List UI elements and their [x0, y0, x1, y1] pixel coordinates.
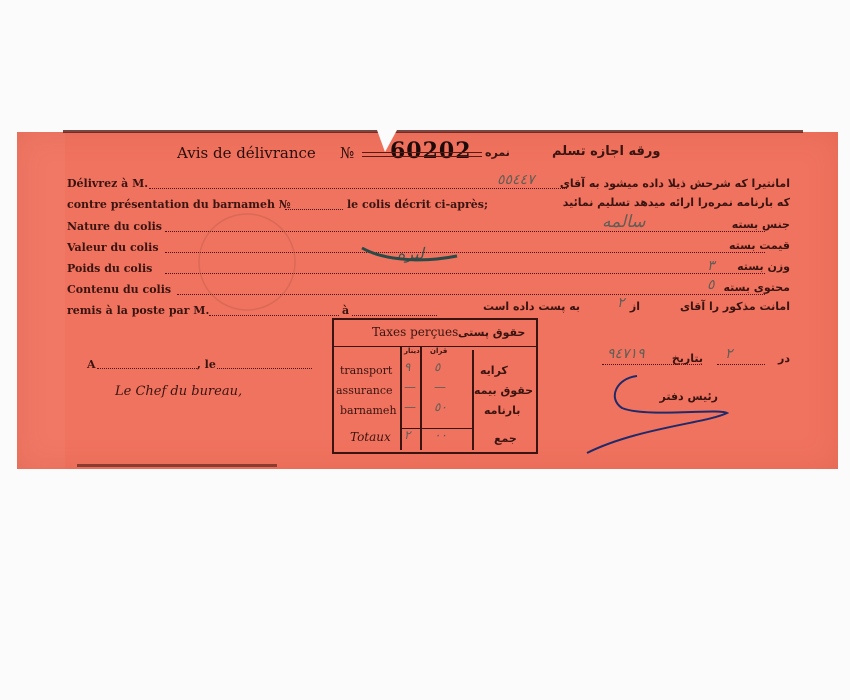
- handwritten-date: ٩٤٧١٩: [607, 346, 645, 362]
- delivery-notice-form: Avis de délivrance № 60202 نمره ورقه اجا…: [17, 132, 838, 469]
- field-value-label: Valeur du colis: [67, 241, 159, 254]
- field-sender-label-fa: امانت مذكور را آقاى: [680, 300, 790, 313]
- field-barnameh-suffix: le colis décrit ci-après;: [347, 198, 488, 211]
- field-weight-label: Poids du colis: [67, 262, 152, 275]
- taxes-title-fr: Taxes perçues: [372, 325, 458, 339]
- row-assurance-fa: حقوق بيمه: [474, 384, 533, 397]
- col-header-dinars: دینار: [404, 347, 420, 355]
- row-barnameh-krans: —: [404, 400, 416, 414]
- field-recipient-label: Délivrez à M.: [67, 177, 148, 190]
- number-strike: [362, 156, 482, 157]
- row-transport-krans: ٩: [404, 360, 410, 374]
- handwritten-sender-from: ٢: [617, 295, 625, 311]
- handwritten-content: ٥: [707, 277, 715, 293]
- bottom-border: [77, 464, 277, 467]
- field-sender-from-fa: از: [630, 300, 640, 313]
- value-stroke: [357, 240, 467, 270]
- col-divider: [472, 350, 474, 450]
- form-number: 60202: [390, 138, 472, 164]
- field-barnameh-suffix-fa: را ارائه ميدهد تسليم نمائيد: [563, 196, 708, 209]
- col-divider: [420, 346, 422, 450]
- number-label-fa: نمره: [485, 146, 510, 159]
- footer-place-line[interactable]: [97, 368, 197, 369]
- field-nature-label: Nature du colis: [67, 220, 162, 233]
- col-divider: [400, 346, 402, 450]
- field-sender-suffix-fa: به پست داده است: [483, 300, 580, 313]
- taxes-header: Taxes perçues حقوق پستى: [334, 320, 536, 347]
- footer-date-line-fa[interactable]: [602, 364, 702, 365]
- row-total-krans: ٢: [404, 428, 410, 442]
- faded-postmark: [187, 202, 307, 322]
- field-sender-place-line[interactable]: [352, 315, 437, 316]
- field-barnameh-label-fa: كه بارنامه نمره: [708, 196, 790, 209]
- row-barnameh-fa: بارنامه: [484, 404, 520, 417]
- chief-of-bureau-fr: Le Chef du bureau,: [115, 384, 242, 399]
- footer-date-line[interactable]: [217, 368, 312, 369]
- taxes-table: Taxes perçues حقوق پستى دینار قران trans…: [332, 318, 538, 454]
- row-barnameh-dinars: ٥٠: [434, 400, 447, 414]
- row-total-dinars: ٠٠: [434, 428, 447, 442]
- form-title-fa: ورقه اجازه تسلم: [552, 144, 661, 159]
- footer-date-label: , le: [197, 358, 216, 371]
- footer-place-label: A: [87, 358, 96, 371]
- row-assurance-dinars: —: [434, 380, 446, 394]
- footer-date-fa: در: [778, 352, 790, 365]
- handwritten-nature: سالمه: [602, 212, 646, 232]
- signature-mark: [577, 368, 757, 458]
- row-transport-fr: transport: [340, 364, 392, 377]
- footer-day-line[interactable]: [717, 364, 765, 365]
- row-total-fa: جمع: [494, 432, 517, 445]
- field-content-label: Contenu du colis: [67, 283, 171, 296]
- row-assurance-krans: —: [404, 380, 416, 394]
- handwritten-day: ٢: [725, 346, 733, 362]
- handwritten-recipient: ٥٥٤٤٧: [497, 172, 535, 188]
- field-content-label-fa: محتوى بسته: [723, 281, 790, 294]
- row-assurance-fr: assurance: [336, 384, 393, 397]
- row-total-fr: Totaux: [350, 430, 391, 444]
- col-header-krans: قران: [430, 347, 447, 355]
- field-nature-label-fa: جنس بسته: [732, 218, 790, 231]
- field-recipient-label-fa: امانتيرا كه شرحش ذيلا داده ميشود به آقاى: [560, 177, 790, 190]
- taxes-title-fa: حقوق پستى: [458, 326, 525, 339]
- field-value-label-fa: قيمت بسته: [729, 239, 790, 252]
- row-transport-fa: كرايه: [480, 364, 508, 377]
- field-recipient-line[interactable]: [149, 188, 567, 189]
- form-title-fr: Avis de délivrance: [177, 144, 316, 162]
- row-barnameh-fr: barnameh: [340, 404, 397, 417]
- field-sender-place-label: à: [342, 304, 349, 317]
- number-strike: [362, 152, 482, 153]
- number-symbol: №: [340, 144, 354, 162]
- field-weight-label-fa: وزن بسته: [737, 260, 790, 273]
- row-transport-dinars: ٥: [434, 360, 440, 374]
- handwritten-weight: ٣: [707, 258, 715, 274]
- top-border: [63, 130, 803, 133]
